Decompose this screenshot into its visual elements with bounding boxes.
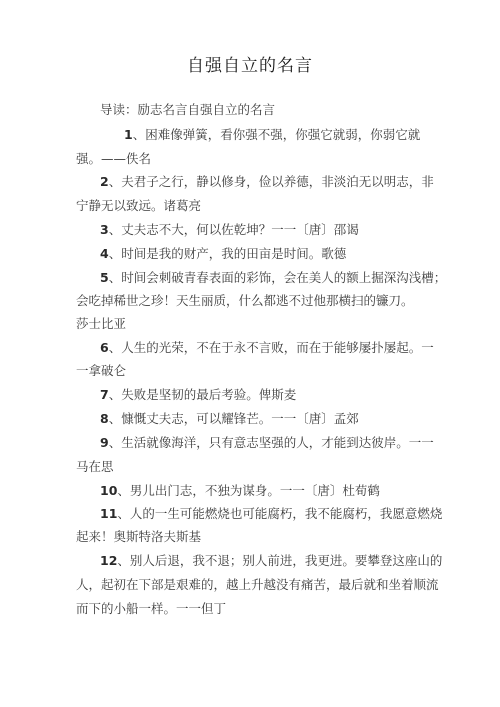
- text-line: 强。——佚名: [76, 149, 151, 167]
- quote-number: 8: [100, 411, 109, 426]
- line-text: 导读：励志名言自强自立的名言: [100, 102, 275, 117]
- line-text: 一拿破仑: [76, 363, 126, 378]
- quote-number: 12: [100, 553, 117, 568]
- text-line: 3、丈夫志不大，何以佐乾坤？一一〔唐〕邵谒: [100, 220, 359, 238]
- line-text: 宁静无以致远。诸葛亮: [76, 198, 201, 213]
- line-text: 会吃掉稀世之珍！天生丽质，什么都逃不过他那横扫的镰刀。: [76, 293, 414, 308]
- line-text: 、人生的光荣，不在于永不言败，而在于能够屡扑屡起。一: [109, 340, 434, 355]
- quote-number: 3: [100, 222, 109, 237]
- line-text: 、生活就像海洋，只有意志坚强的人，才能到达彼岸。一一: [109, 435, 434, 450]
- text-line: 2、夫君子之行，静以修身，俭以养德，非淡泊无以明志，非: [100, 172, 434, 190]
- text-line: 人，起初在下部是艰难的，越上升越没有痛苦，最后就和坐着顺流: [76, 575, 439, 593]
- quote-number: 11: [100, 506, 117, 521]
- quote-number: 1: [124, 127, 133, 142]
- text-line: 12、别人后退，我不退；别人前进，我更进。要攀登这座山的: [100, 551, 442, 569]
- quote-number: 9: [100, 435, 109, 450]
- text-line: 5、时间会刺破青春表面的彩饰，会在美人的额上掘深沟浅槽；: [100, 268, 446, 286]
- text-line: 7、失败是坚韧的最后考验。俾斯麦: [100, 385, 296, 403]
- text-line: 6、人生的光荣，不在于永不言败，而在于能够屡扑屡起。一: [100, 338, 434, 356]
- line-text: 人，起初在下部是艰难的，越上升越没有痛苦，最后就和坐着顺流: [76, 577, 439, 592]
- line-text: 、夫君子之行，静以修身，俭以养德，非淡泊无以明志，非: [109, 174, 434, 189]
- text-line: 导读：励志名言自强自立的名言: [100, 100, 275, 118]
- line-text: 、时间是我的财产，我的田亩是时间。歌德: [109, 246, 347, 261]
- text-line: 9、生活就像海洋，只有意志坚强的人，才能到达彼岸。一一: [100, 433, 434, 451]
- line-text: 起来！奥斯特洛夫斯基: [76, 529, 201, 544]
- line-text: 马在思: [76, 459, 114, 474]
- text-line: 而下的小船一样。一一但丁: [76, 599, 226, 617]
- text-line: 莎士比亚: [76, 314, 126, 332]
- line-text: 、别人后退，我不退；别人前进，我更进。要攀登这座山的: [117, 553, 442, 568]
- line-text: 、困难像弹簧，看你强不强，你强它就弱，你弱它就: [133, 127, 421, 142]
- text-line: 4、时间是我的财产，我的田亩是时间。歌德: [100, 244, 346, 262]
- line-text: 、时间会刺破青春表面的彩饰，会在美人的额上掘深沟浅槽；: [109, 270, 447, 285]
- line-text: 、慷慨丈夫志，可以耀锋芒。一一〔唐〕孟郊: [109, 411, 359, 426]
- quote-number: 5: [100, 270, 109, 285]
- text-line: 起来！奥斯特洛夫斯基: [76, 527, 201, 545]
- text-line: 马在思: [76, 457, 114, 475]
- line-text: 、人的一生可能燃烧也可能腐朽，我不能腐朽，我愿意燃烧: [117, 506, 442, 521]
- text-line: 11、人的一生可能燃烧也可能腐朽，我不能腐朽，我愿意燃烧: [100, 504, 442, 522]
- document-title: 自强自立的名言: [0, 51, 500, 76]
- line-text: 、丈夫志不大，何以佐乾坤？一一〔唐〕邵谒: [109, 222, 359, 237]
- text-line: 1、困难像弹簧，看你强不强，你强它就弱，你弱它就: [124, 125, 420, 143]
- line-text: 强。——佚名: [76, 151, 151, 166]
- line-text: 莎士比亚: [76, 316, 126, 331]
- text-line: 宁静无以致远。诸葛亮: [76, 196, 201, 214]
- text-line: 10、男儿出门志，不独为谋身。一一〔唐〕杜荀鹤: [100, 481, 380, 499]
- line-text: 、男儿出门志，不独为谋身。一一〔唐〕杜荀鹤: [117, 483, 380, 498]
- quote-number: 10: [100, 483, 117, 498]
- quote-number: 7: [100, 387, 109, 402]
- text-line: 一拿破仑: [76, 361, 126, 379]
- quote-number: 4: [100, 246, 109, 261]
- text-line: 会吃掉稀世之珍！天生丽质，什么都逃不过他那横扫的镰刀。: [76, 291, 414, 309]
- line-text: 、失败是坚韧的最后考验。俾斯麦: [109, 387, 297, 402]
- text-line: 8、慷慨丈夫志，可以耀锋芒。一一〔唐〕孟郊: [100, 409, 359, 427]
- line-text: 而下的小船一样。一一但丁: [76, 601, 226, 616]
- quote-number: 2: [100, 174, 109, 189]
- quote-number: 6: [100, 340, 109, 355]
